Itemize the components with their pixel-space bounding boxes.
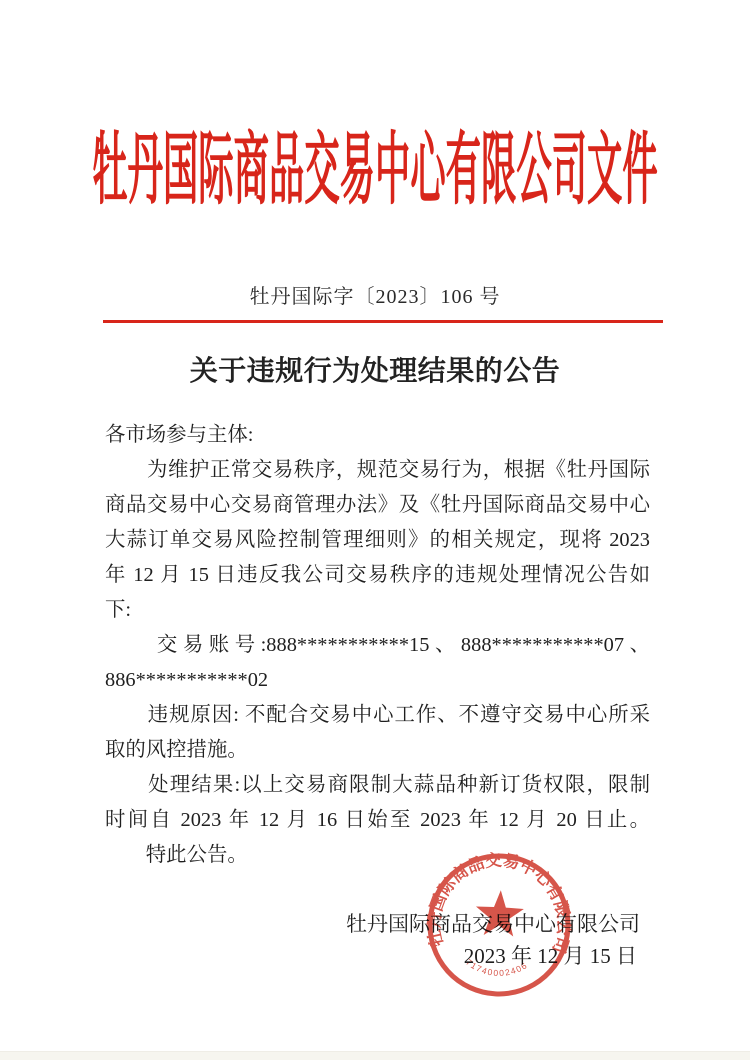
- page-bottom-edge: [0, 1051, 750, 1060]
- body-line: 时间自 2023 年 12 月 16 日始至 2023 年 12 月 20 日止…: [105, 803, 650, 838]
- document-number: 牡丹国际字〔2023〕106 号: [0, 280, 750, 309]
- body-line: 年 12 月 15 日违反我公司交易秩序的违规处理情况公告如: [105, 558, 650, 593]
- signature-company: 牡丹国际商品交易中心有限公司: [346, 908, 640, 940]
- body-line: 大蒜订单交易风险控制管理细则》的相关规定，现将 2023: [105, 523, 650, 558]
- body-line: 为维护正常交易秩序，规范交易行为，根据《牡丹国际: [105, 453, 650, 488]
- announcement-title: 关于违规行为处理结果的公告: [0, 349, 750, 389]
- body-line: 特此公告。: [105, 838, 650, 873]
- body-line: 各市场参与主体:: [105, 418, 650, 453]
- signature-date: 2023 年 12 月 15 日: [346, 940, 640, 972]
- body-line: 下:: [105, 593, 650, 628]
- body-line: 商品交易中心交易商管理办法》及《牡丹国际商品交易中心: [105, 488, 650, 523]
- body-line: 取的风控措施。: [105, 733, 650, 768]
- body-line: 违规原因: 不配合交易中心工作、不遵守交易中心所采: [105, 698, 650, 733]
- masthead-title: 牡丹国际商品交易中心有限公司文件: [92, 105, 657, 218]
- document-body: 各市场参与主体: 为维护正常交易秩序，规范交易行为，根据《牡丹国际商品交易中心交…: [105, 418, 650, 873]
- body-line: 处理结果:以上交易商限制大蒜品种新订货权限，限制: [105, 768, 650, 803]
- body-line: 886***********02: [105, 663, 650, 698]
- signature-block: 牡丹国际商品交易中心有限公司 2023 年 12 月 15 日: [346, 908, 640, 972]
- body-line: 交易账号:888***********15、888***********07、: [105, 628, 650, 663]
- document-masthead: 牡丹国际商品交易中心有限公司文件: [0, 118, 750, 206]
- official-document-page: 牡丹国际商品交易中心有限公司文件 牡丹国际字〔2023〕106 号 关于违规行为…: [0, 0, 750, 1060]
- red-divider-rule: [103, 320, 663, 323]
